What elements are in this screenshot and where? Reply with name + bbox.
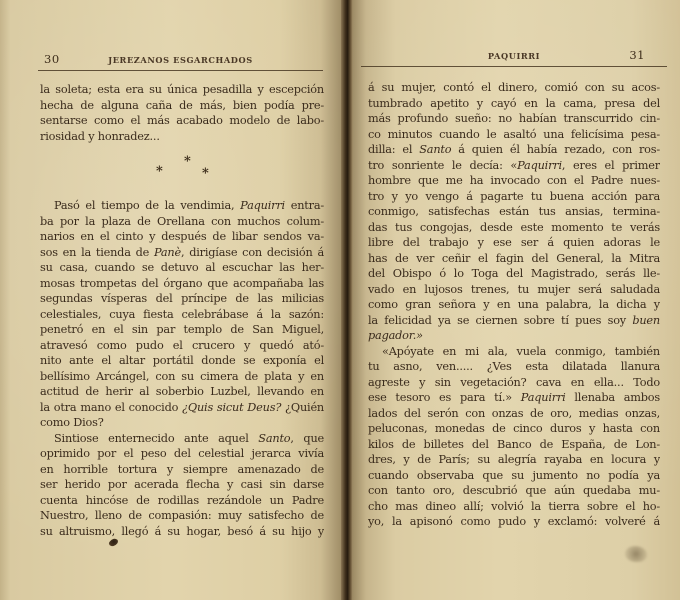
text-line: cuenta hincóse de rodillas rezándole un …	[40, 493, 324, 509]
paragraph: Sintiose enternecido ante aquel Santo, q…	[40, 431, 324, 540]
page-number: 31	[629, 48, 645, 62]
text-line: la otra mano el conocido ¿Quis sicut Deu…	[40, 400, 324, 416]
text-line: tu asno, ven..... ¿Ves esta dilatada lla…	[368, 359, 660, 375]
text-segment: , que	[290, 432, 324, 445]
text-line: tro y yo vengo á pagarte tu buena acción…	[368, 189, 660, 205]
text-line: bellísimo Arcángel, con su cimera de pla…	[40, 369, 324, 385]
text-line: pagador.»	[368, 328, 660, 344]
text-line: la soleta; esta era su única pesadilla y…	[40, 82, 324, 98]
text-segment: vado en lujosos trenes, tu mujer será sa…	[368, 283, 660, 296]
text-segment: penetró en el sin par templo de San Migu…	[40, 323, 324, 336]
text-line: como Dios?	[40, 415, 324, 431]
text-segment: tumbrado apetito y cayó en la cama, pres…	[368, 97, 660, 110]
text-segment: ¿Quién	[281, 401, 324, 414]
italic-text: Paquirri	[517, 159, 562, 172]
text-segment: actitud de herir al soberbio Luzbel, lle…	[40, 385, 324, 398]
text-segment: peluconas, monedas de cinco duros y hast…	[368, 422, 660, 435]
text-line: Sintiose enternecido ante aquel Santo, q…	[40, 431, 324, 447]
text-segment: Nuestro, lleno de compasión: muy satisfe…	[40, 509, 324, 522]
text-segment: celestiales, cuya fiesta celebrábase á l…	[40, 308, 324, 321]
text-segment: como Dios?	[40, 416, 104, 429]
text-line: vado en lujosos trenes, tu mujer será sa…	[368, 282, 660, 298]
page-text: la soleta; esta era su única pesadilla y…	[40, 82, 324, 539]
page-header: 30 JEREZANOS ESGARCHADOS	[38, 50, 323, 71]
text-line: ese tesoro es para tí.» Paquirri llenaba…	[368, 390, 660, 406]
text-line: atravesó como pudo el crucero y quedó at…	[40, 338, 324, 354]
text-segment: co minutos cuando le asaltó una felicísi…	[368, 128, 660, 141]
italic-text: Panè	[154, 246, 181, 259]
text-line: tro sonriente le decía: «Paquirri, eres …	[368, 158, 660, 174]
paragraph: «Apóyate en mi ala, vuela conmigo, tambi…	[368, 344, 660, 530]
text-segment: hecha de alguna caña de más, bien podía …	[40, 99, 324, 112]
text-line: lados del serón con onzas de oro, medias…	[368, 406, 660, 422]
italic-text: pagador.»	[368, 329, 423, 342]
text-line: penetró en el sin par templo de San Migu…	[40, 322, 324, 338]
text-segment: entra-	[285, 199, 324, 212]
text-segment: Pasó el tiempo de la vendimia,	[54, 199, 240, 212]
text-segment: la felicidad ya se ciernen sobre tí pues…	[368, 314, 632, 327]
text-segment: del Obispo ó lo Toga del Magistrado, ser…	[368, 267, 660, 280]
right-page: PAQUIRRI 31 á su mujer, contó el dinero,…	[353, 0, 680, 600]
text-segment: cho mas dineo allí; volvió la tierra sob…	[368, 500, 660, 513]
text-segment: , eres el primer	[562, 159, 660, 172]
text-line: hecha de alguna caña de más, bien podía …	[40, 98, 324, 114]
text-line: su altruismo, llegó á su hogar, besó á s…	[40, 524, 324, 540]
text-segment: lados del serón con onzas de oro, medias…	[368, 407, 660, 420]
asterisk-glyph: *	[184, 154, 191, 169]
text-line: ba por la plaza de Orellana con muchos c…	[40, 214, 324, 230]
text-segment: atravesó como pudo el crucero y quedó at…	[40, 339, 324, 352]
text-segment: oprimido por el peso del celestial jerar…	[40, 447, 324, 460]
text-segment: hombre que me ha invocado con el Padre n…	[368, 174, 660, 187]
asterism-separator: ***	[40, 157, 324, 193]
left-page: 30 JEREZANOS ESGARCHADOS la soleta; esta…	[0, 0, 341, 600]
text-segment: segundas vísperas del príncipe de las mi…	[40, 292, 324, 305]
text-line: Pasó el tiempo de la vendimia, Paquirri …	[40, 198, 324, 214]
text-segment: cuenta hincóse de rodillas rezándole un …	[40, 494, 324, 507]
text-line: nito ante el altar portátil donde se exp…	[40, 353, 324, 369]
text-segment: libre del trabajo y ese ser á quien ador…	[368, 236, 660, 249]
book-scan: 30 JEREZANOS ESGARCHADOS la soleta; esta…	[0, 0, 680, 600]
italic-text: Paquirri	[240, 199, 285, 212]
text-line: con tanto oro, descubrió que aún quedaba…	[368, 483, 660, 499]
paragraph: Pasó el tiempo de la vendimia, Paquirri …	[40, 198, 324, 431]
text-segment: conmigo, satisfechas están tus ansias, t…	[368, 205, 660, 218]
text-line: libre del trabajo y ese ser á quien ador…	[368, 235, 660, 251]
text-line: das tus congojas, desde este momento te …	[368, 220, 660, 236]
text-line: riosidad y honradez...	[40, 129, 324, 145]
text-segment: como gran señora y en una palabra, la di…	[368, 298, 660, 311]
text-segment: cuando observaba que su jumento no podía…	[368, 469, 660, 482]
text-segment: Sintiose enternecido ante aquel	[54, 432, 258, 445]
asterisk-glyph: *	[156, 164, 163, 179]
smudge-stain	[625, 546, 647, 562]
text-segment: á su mujer, contó el dinero, comió con s…	[368, 81, 660, 94]
text-segment: á quien él había rezado, con ros-	[451, 143, 660, 156]
text-segment: agreste y sin vegetación? cava en ella..…	[368, 376, 660, 389]
text-segment: su altruismo, llegó á su hogar, besó á s…	[40, 525, 324, 538]
text-line: narios en el cinto y después de libar se…	[40, 229, 324, 245]
italic-text: Santo	[258, 432, 290, 445]
text-line: sentarse como el más acabado modelo de l…	[40, 113, 324, 129]
text-segment: la soleta; esta era su única pesadilla y…	[40, 83, 324, 96]
text-segment: dilla: el	[368, 143, 419, 156]
text-segment: tro y yo vengo á pagarte tu buena acción…	[368, 190, 660, 203]
text-line: actitud de herir al soberbio Luzbel, lle…	[40, 384, 324, 400]
text-segment: has de ver ceñir el fagin del General, l…	[368, 252, 660, 265]
text-segment: mosas trompetas del órgano que acompañab…	[40, 277, 324, 290]
running-title: JEREZANOS ESGARCHADOS	[38, 55, 323, 65]
text-segment: ese tesoro es para tí.»	[368, 391, 521, 404]
text-segment: kilos de billetes del Banco de España, d…	[368, 438, 660, 451]
text-line: su casa, cuando se detuvo al escuchar la…	[40, 260, 324, 276]
text-segment: yo, la apisonó como pudo y exclamó: volv…	[368, 515, 660, 528]
text-segment: ba por la plaza de Orellana con muchos c…	[40, 215, 324, 228]
text-line: has de ver ceñir el fagin del General, l…	[368, 251, 660, 267]
text-line: hombre que me ha invocado con el Padre n…	[368, 173, 660, 189]
text-line: más profundo sueño: no habían transcurri…	[368, 111, 660, 127]
text-line: cho mas dineo allí; volvió la tierra sob…	[368, 499, 660, 515]
text-line: mosas trompetas del órgano que acompañab…	[40, 276, 324, 292]
text-segment: la otra mano el conocido	[40, 401, 182, 414]
paragraph: la soleta; esta era su única pesadilla y…	[40, 82, 324, 144]
text-line: dres, y de París; su alegría rayaba en l…	[368, 452, 660, 468]
text-line: en horrible tortura y siempre amenazado …	[40, 462, 324, 478]
running-title: PAQUIRRI	[361, 51, 667, 61]
text-line: agreste y sin vegetación? cava en ella..…	[368, 375, 660, 391]
text-line: segundas vísperas del príncipe de las mi…	[40, 291, 324, 307]
text-line: celestiales, cuya fiesta celebrábase á l…	[40, 307, 324, 323]
text-segment: más profundo sueño: no habían transcurri…	[368, 112, 660, 125]
text-line: conmigo, satisfechas están tus ansias, t…	[368, 204, 660, 220]
text-line: «Apóyate en mi ala, vuela conmigo, tambi…	[368, 344, 660, 360]
text-segment: sentarse como el más acabado modelo de l…	[40, 114, 324, 127]
text-line: yo, la apisonó como pudo y exclamó: volv…	[368, 514, 660, 530]
text-segment: riosidad y honradez...	[40, 130, 160, 143]
text-segment: con tanto oro, descubrió que aún quedaba…	[368, 484, 660, 497]
paragraph: á su mujer, contó el dinero, comió con s…	[368, 80, 660, 344]
text-line: la felicidad ya se ciernen sobre tí pues…	[368, 313, 660, 329]
text-line: kilos de billetes del Banco de España, d…	[368, 437, 660, 453]
text-line: como gran señora y en una palabra, la di…	[368, 297, 660, 313]
text-segment: sos en la tienda de	[40, 246, 154, 259]
text-segment: ser herido por acerada flecha y casi sin…	[40, 478, 324, 491]
page-gutter	[341, 0, 353, 600]
text-line: oprimido por el peso del celestial jerar…	[40, 446, 324, 462]
text-segment: su casa, cuando se detuvo al escuchar la…	[40, 261, 324, 274]
text-segment: , dirigíase con decisión á	[181, 246, 324, 259]
text-line: del Obispo ó lo Toga del Magistrado, ser…	[368, 266, 660, 282]
italic-text: Paquirri	[521, 391, 566, 404]
text-line: dilla: el Santo á quien él había rezado,…	[368, 142, 660, 158]
text-line: Nuestro, lleno de compasión: muy satisfe…	[40, 508, 324, 524]
text-line: cuando observaba que su jumento no podía…	[368, 468, 660, 484]
text-line: co minutos cuando le asaltó una felicísi…	[368, 127, 660, 143]
page-header: PAQUIRRI 31	[361, 46, 667, 67]
text-segment: en horrible tortura y siempre amenazado …	[40, 463, 324, 476]
text-line: sos en la tienda de Panè, dirigíase con …	[40, 245, 324, 261]
text-line: á su mujer, contó el dinero, comió con s…	[368, 80, 660, 96]
text-segment: llenaba ambos	[566, 391, 660, 404]
text-segment: bellísimo Arcángel, con su cimera de pla…	[40, 370, 324, 383]
text-line: peluconas, monedas de cinco duros y hast…	[368, 421, 660, 437]
text-segment: narios en el cinto y después de libar se…	[40, 230, 324, 243]
text-segment: dres, y de París; su alegría rayaba en l…	[368, 453, 660, 466]
text-segment: tu asno, ven..... ¿Ves esta dilatada lla…	[368, 360, 660, 373]
italic-text: Santo	[419, 143, 451, 156]
asterisk-glyph: *	[202, 166, 209, 181]
text-segment: tro sonriente le decía: «	[368, 159, 517, 172]
text-segment: «Apóyate en mi ala, vuela conmigo, tambi…	[382, 345, 660, 358]
text-segment: nito ante el altar portátil donde se exp…	[40, 354, 324, 367]
text-line: tumbrado apetito y cayó en la cama, pres…	[368, 96, 660, 112]
page-text: á su mujer, contó el dinero, comió con s…	[368, 80, 660, 530]
italic-text: ¿Quis sicut Deus?	[182, 401, 281, 414]
text-segment: das tus congojas, desde este momento te …	[368, 221, 660, 234]
italic-text: buen	[632, 314, 660, 327]
text-line: ser herido por acerada flecha y casi sin…	[40, 477, 324, 493]
